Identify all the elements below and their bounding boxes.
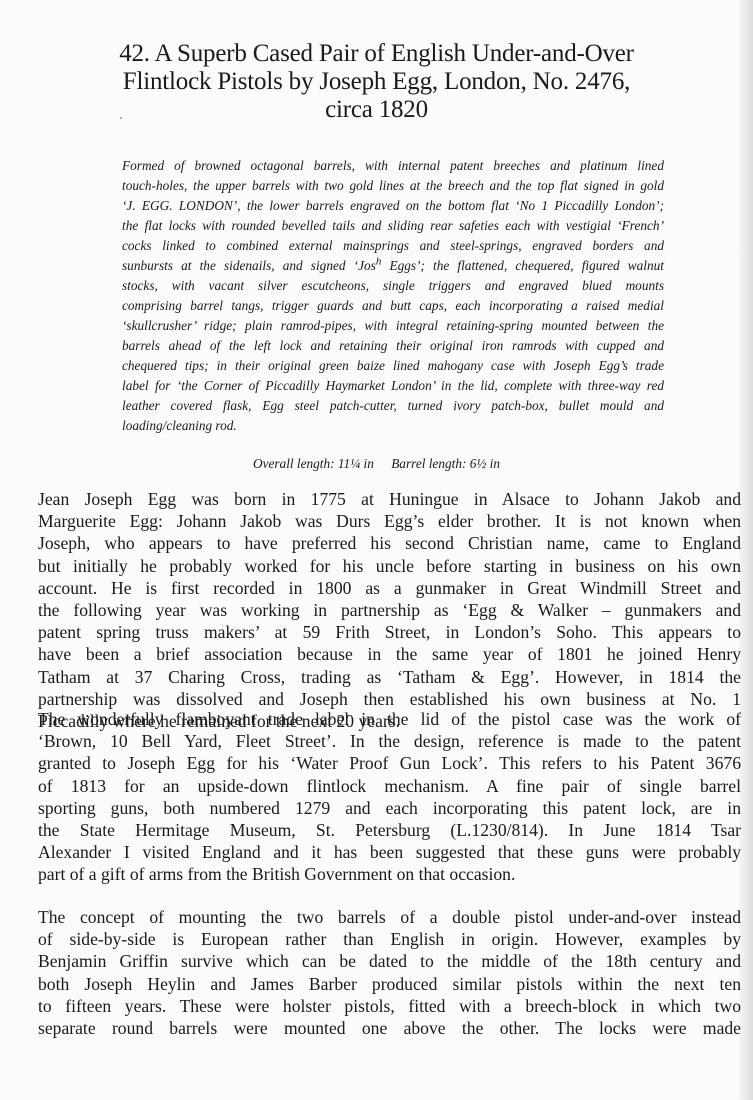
body-line: The concept of mounting the two barrels …: [38, 906, 741, 928]
body-line: of 1813 for an upside-down flintlock mec…: [38, 775, 741, 797]
body-line: part of a gift of arms from the British …: [38, 863, 741, 885]
title-line-2: Flintlock Pistols by Joseph Egg, London,…: [0, 68, 753, 96]
body-line: granted to Joseph Egg for his ‘Water Pro…: [38, 752, 741, 774]
description-line: Formed of browned octagonal barrels, wit…: [122, 156, 664, 176]
body-line: both Joseph Heylin and James Barber prod…: [38, 973, 741, 995]
description-line: stocks, with vacant silver escutcheons, …: [122, 276, 664, 296]
description-line: loading/cleaning rod.: [122, 416, 664, 436]
barrel-length: Barrel length: 6½ in: [391, 456, 500, 471]
body-line: sporting guns, both numbered 1279 and ea…: [38, 797, 741, 819]
body-line: the State Hermitage Museum, St. Petersbu…: [38, 819, 741, 841]
body-line: Benjamin Griffin survive which can be da…: [38, 950, 741, 972]
description-line: sunbursts at the sidenails, and signed ‘…: [122, 256, 664, 276]
body-line: account. He is first recorded in 1800 as…: [38, 577, 741, 599]
body-line: patent spring truss makers’ at 59 Frith …: [38, 621, 741, 643]
body-line: to fifteen years. These were holster pis…: [38, 995, 741, 1017]
overall-length: Overall length: 11¼ in: [253, 456, 374, 471]
body-line: Joseph, who appears to have preferred hi…: [38, 532, 741, 554]
page-gutter-edge: [739, 0, 753, 1100]
body-line: the following year was working in partne…: [38, 599, 741, 621]
description-text: Eggs’; the flattened, chequered, figured…: [381, 258, 664, 273]
body-line: Marguerite Egg: Johann Jakob was Durs Eg…: [38, 510, 741, 532]
body-line: Alexander I visited England and it has b…: [38, 841, 741, 863]
description-line: chequered tips; in their original green …: [122, 356, 664, 376]
description-line: ‘skullcrusher’ ridge; plain ramrod-pipes…: [122, 316, 664, 336]
body-line: have been a brief association because in…: [38, 643, 741, 665]
body-line: ‘Brown, 10 Bell Yard, Fleet Street’. In …: [38, 730, 741, 752]
description-text: sunbursts at the sidenails, and signed ‘…: [122, 258, 376, 273]
description-line: touch-holes, the upper barrels with two …: [122, 176, 664, 196]
description-line: leather covered flask, Egg steel patch-c…: [122, 396, 664, 416]
description-line: label for ‘the Corner of Piccadilly Haym…: [122, 376, 664, 396]
dimensions: Overall length: 11¼ in Barrel length: 6½…: [0, 456, 753, 472]
lot-title: 42. A Superb Cased Pair of English Under…: [0, 40, 753, 124]
body-line: of side-by-side is European rather than …: [38, 928, 741, 950]
body-paragraph-1: Jean Joseph Egg was born in 1775 at Huni…: [38, 488, 741, 732]
body-line: Tatham at 37 Charing Cross, trading as ‘…: [38, 666, 741, 688]
body-line: The wonderfully flamboyant trade label i…: [38, 708, 741, 730]
title-line-1: 42. A Superb Cased Pair of English Under…: [0, 40, 753, 68]
title-line-3: circa 1820: [0, 96, 753, 124]
description-line: the flat locks with rounded bevelled tai…: [122, 216, 664, 236]
body-line: but initially he probably worked for his…: [38, 555, 741, 577]
description-line: ‘J. EGG. LONDON’, the lower barrels engr…: [122, 196, 664, 216]
description-line: cocks linked to combined external mainsp…: [122, 236, 664, 256]
lot-description: Formed of browned octagonal barrels, wit…: [122, 156, 664, 436]
description-line: barrels ahead of the left lock and retai…: [122, 336, 664, 356]
body-line: partnership was dissolved and Joseph the…: [38, 688, 741, 710]
body-paragraph-3: The concept of mounting the two barrels …: [38, 906, 741, 1039]
body-line: Jean Joseph Egg was born in 1775 at Huni…: [38, 488, 741, 510]
body-line: separate round barrels were mounted one …: [38, 1017, 741, 1039]
description-line: comprising barrel tangs, trigger guards …: [122, 296, 664, 316]
body-paragraph-2: The wonderfully flamboyant trade label i…: [38, 708, 741, 886]
